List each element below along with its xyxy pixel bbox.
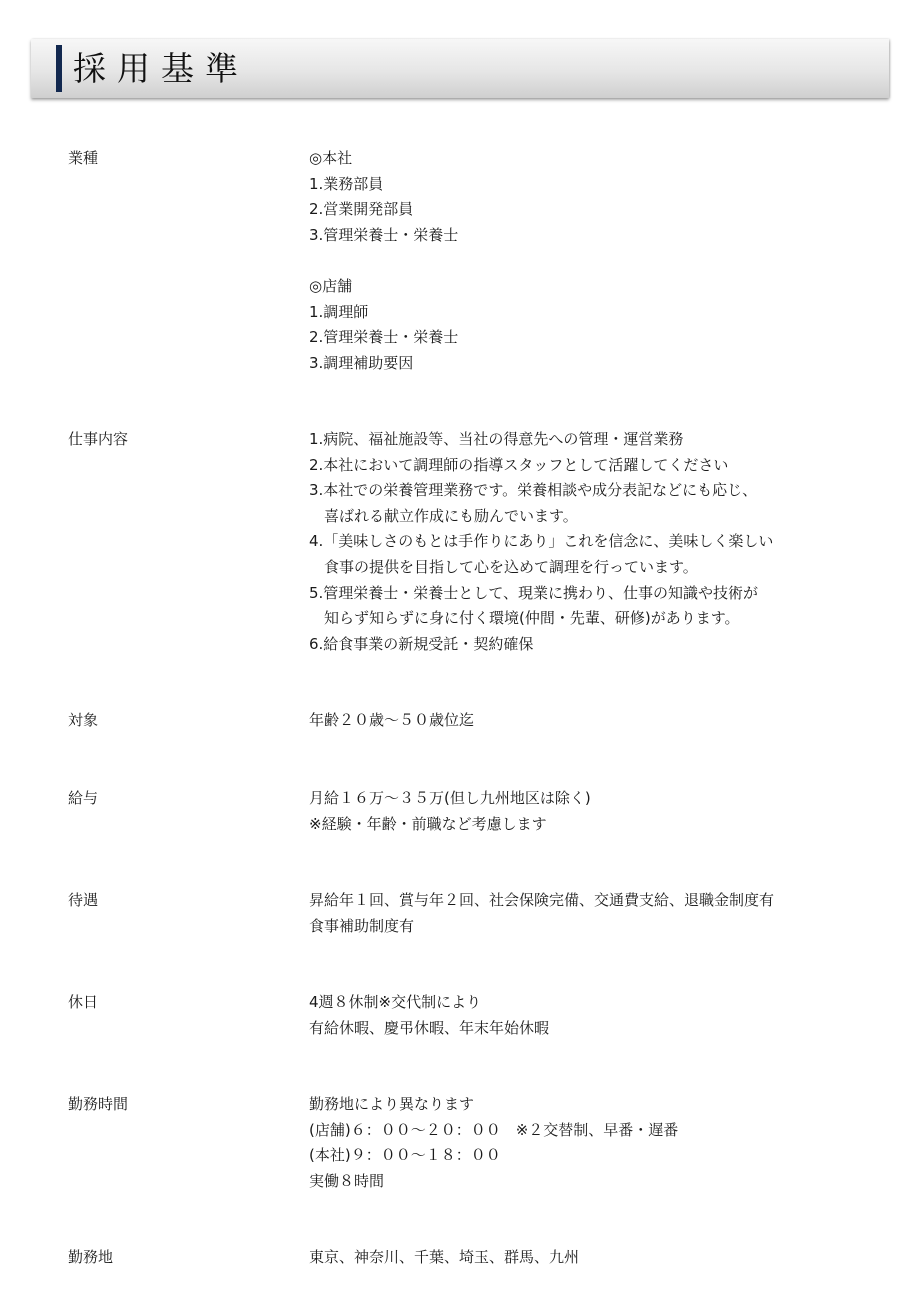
row-content: ◎本社 1.業務部員 2.営業開発部員 3.管理栄養士・栄養士 ◎店舗 1.調理…: [309, 146, 458, 376]
content-line: 知らず知らずに身に付く環境(仲間・先輩、研修)があります。: [309, 606, 773, 632]
content-line: 2.本社において調理師の指導スタッフとして活躍してください: [309, 453, 773, 479]
content-line: 東京、神奈川、千葉、埼玉、群馬、九州: [309, 1245, 579, 1271]
section-header: 採用基準: [31, 39, 889, 98]
row-content: 1.病院、福祉施設等、当社の得意先への管理・運営業務 2.本社において調理師の指…: [309, 427, 773, 657]
row-content: 年齢２０歳～５０歳位迄: [309, 708, 474, 734]
content-line: 1.病院、福祉施設等、当社の得意先への管理・運営業務: [309, 427, 773, 453]
content-line: 3.本社での栄養管理業務です。栄養相談や成分表記などにも応じ、: [309, 478, 773, 504]
content-line: 月給１６万～３５万(但し九州地区は除く): [309, 786, 591, 812]
row-label: 勤務時間: [68, 1092, 128, 1118]
content-line: 1.調理師: [309, 300, 458, 326]
content-line: 喜ばれる献立作成にも励んでいます。: [309, 504, 773, 530]
content-line: 食事の提供を目指して心を込めて調理を行っています。: [309, 555, 773, 581]
accent-bar: [56, 45, 62, 92]
row-label: 業種: [68, 146, 98, 172]
content-line: 勤務地により異なります: [309, 1092, 678, 1118]
content-line: ※経験・年齢・前職など考慮します: [309, 812, 591, 838]
content-line: [309, 248, 458, 274]
page-title: 採用基準: [73, 47, 249, 91]
content-line: 3.調理補助要因: [309, 351, 458, 377]
content-line: 年齢２０歳～５０歳位迄: [309, 708, 474, 734]
content-line: ◎本社: [309, 146, 458, 172]
row-content: 月給１６万～３５万(但し九州地区は除く) ※経験・年齢・前職など考慮します: [309, 786, 591, 837]
content-line: (店舗)６：００～２０：００ ※２交替制、早番・遅番: [309, 1118, 678, 1144]
content-line: 3.管理栄養士・栄養士: [309, 223, 458, 249]
row-content: 勤務地により異なります (店舗)６：００～２０：００ ※２交替制、早番・遅番 (…: [309, 1092, 678, 1194]
content-line: 5.管理栄養士・栄養士として、現業に携わり、仕事の知識や技術が: [309, 581, 773, 607]
row-content: 昇給年１回、賞与年２回、社会保険完備、交通費支給、退職金制度有 食事補助制度有: [309, 888, 774, 939]
content-line: 昇給年１回、賞与年２回、社会保険完備、交通費支給、退職金制度有: [309, 888, 774, 914]
content-line: 2.管理栄養士・栄養士: [309, 325, 458, 351]
content-line: 食事補助制度有: [309, 914, 774, 940]
row-label: 勤務地: [68, 1245, 113, 1271]
row-label: 待遇: [68, 888, 98, 914]
row-label: 休日: [68, 990, 98, 1016]
content-line: 1.業務部員: [309, 172, 458, 198]
content-line: 有給休暇、慶弔休暇、年末年始休暇: [309, 1016, 549, 1042]
content-line: 6.給食事業の新規受託・契約確保: [309, 632, 773, 658]
row-label: 給与: [68, 786, 98, 812]
content-line: 2.営業開発部員: [309, 197, 458, 223]
row-content: 東京、神奈川、千葉、埼玉、群馬、九州: [309, 1245, 579, 1271]
row-label: 対象: [68, 708, 98, 734]
content-line: (本社)９：００～１８：００: [309, 1143, 678, 1169]
content-line: 実働８時間: [309, 1169, 678, 1195]
content-line: ◎店舗: [309, 274, 458, 300]
content-line: 4週８休制※交代制により: [309, 990, 549, 1016]
row-content: 4週８休制※交代制により 有給休暇、慶弔休暇、年末年始休暇: [309, 990, 549, 1041]
content-line: 4.「美味しさのもとは手作りにあり」これを信念に、美味しく楽しい: [309, 529, 773, 555]
row-label: 仕事内容: [68, 427, 128, 453]
